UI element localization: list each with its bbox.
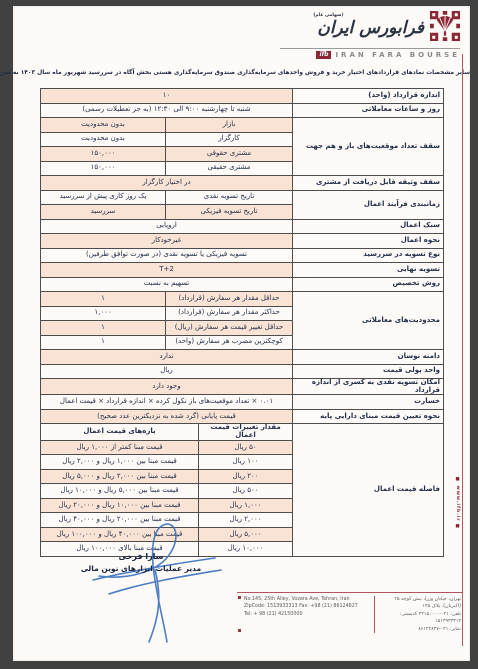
row-value: وجود دارد	[41, 379, 293, 395]
price-step-value: ۵۰۰ ریال	[199, 484, 293, 499]
sub-label: حداقل مقدار هر سفارش (قرارداد)	[166, 292, 293, 307]
row-label: تسویه نهایی	[293, 263, 444, 278]
row-label: روز و ساعات معاملاتی	[293, 103, 444, 118]
table-row: دامنه نوسانندارد	[41, 350, 444, 365]
ifb-emblem-icon	[430, 11, 460, 45]
brand-persian-name: (سهامی عام) فرابورس ایران	[317, 11, 424, 38]
subtable-header-ranges: بازه‌های قیمت اعمال	[41, 424, 199, 440]
row-value: در اختیار کارگزار	[41, 176, 293, 191]
sub-value: ۱,۰۰۰	[41, 306, 166, 321]
row-value: ندارد	[41, 350, 293, 365]
page-rule-line	[462, 54, 463, 646]
row-label: سقف وثیقه قابل دریافت از مشتری	[293, 176, 444, 191]
group-label: محدودیت‌های معاملاتی	[293, 292, 444, 350]
sub-label: تاریخ تسویه نقدی	[166, 190, 293, 205]
brand-en-row: ifb IRAN FARA BOURSE	[280, 48, 460, 59]
subtable-header-step: مقدار تغییرات قیمت اعمال	[199, 424, 293, 440]
price-step-value: ۱۰۰ ریال	[199, 455, 293, 470]
price-range-value: قیمت مبنا کمتر از ۱,۰۰۰ ریال	[41, 440, 199, 455]
table-row: محدودیت‌های معاملاتیحداقل مقدار هر سفارش…	[41, 292, 444, 307]
sub-value: ۱	[41, 292, 166, 307]
address-fa-line1: تهران، خیابان وزرا، نبش کوچه ۲۵ (اکبریان…	[379, 596, 461, 611]
sub-value: بدون محدودیت	[41, 118, 166, 133]
table-row: نحوه اعمالغیرخودکار	[41, 234, 444, 249]
table-row: فاصله قیمت اعمالمقدار تغییرات قیمت اعمال…	[41, 424, 444, 440]
table-row: امکان تسویه نقدی به کسری از اندازه قرارد…	[41, 379, 444, 395]
signature-block: سارا فرخی مدیر عملیات ابزارهای نوین مالی	[75, 552, 207, 573]
price-range-value: قیمت مبنا بین ۵,۰۰۰ ریال و ۱۰,۰۰۰ ریال	[41, 484, 199, 499]
address-fa-line2: تلفن: ۰۲۱-۴۲۱۵۰۰۰۰ کدپستی: ۱۵۱۳۹۳۳۳۱۳	[379, 611, 461, 626]
row-label: روش تخصیص	[293, 277, 444, 292]
row-value: قیمت پایانی (گرد شده به نزدیکترین عدد صح…	[41, 409, 293, 424]
sub-value: ۱۵۰,۰۰۰	[41, 147, 166, 162]
signatory-title: مدیر عملیات ابزارهای نوین مالی	[75, 564, 207, 573]
document-page: (سهامی عام) فرابورس ایران	[13, 6, 470, 661]
table-row: واحد پولی قیمتریال	[41, 364, 444, 379]
sub-label: کوچکترین مضرب هر سفارش (واحد)	[166, 335, 293, 350]
row-label: سبک اعمال	[293, 219, 444, 234]
table-row: سقف تعداد موقعیت‌های باز و هم جهتبازاربد…	[41, 118, 444, 133]
table-row: اندازه قرارداد (واحد)۱۰	[41, 89, 444, 104]
sub-label: مشتری حقوقی	[166, 147, 293, 162]
price-step-value: ۲۰۰ ریال	[199, 469, 293, 484]
table-row: سبک اعمالاروپایی	[41, 219, 444, 234]
row-label: اندازه قرارداد (واحد)	[293, 89, 444, 104]
table-row: زمانبندی فرآیند اعمالتاریخ تسویه نقدییک …	[41, 190, 444, 205]
sub-label: حداکثر مقدار هر سفارش (قرارداد)	[166, 306, 293, 321]
row-value: تسهیم به نسبت	[41, 277, 293, 292]
ifb-mark-icon: ifb	[316, 51, 331, 59]
screenshot-root: { "header": { "brand_fa": "فرابورس ایران…	[0, 0, 478, 669]
row-value: ۰.۰۱ × تعداد موقعیت‌های باز نکول کرده × …	[41, 395, 293, 410]
sub-value: ۱	[41, 321, 166, 336]
spec-table-body: اندازه قرارداد (واحد)۱۰روز و ساعات معامل…	[41, 89, 444, 557]
price-step-value: ۱,۰۰۰ ریال	[199, 498, 293, 513]
signatory-name: سارا فرخی	[75, 552, 207, 561]
address-fa-line3: نمابر: ۰۲۱-۸۶۱۲۴۸۲۷	[379, 626, 461, 633]
table-row: خسارت۰.۰۱ × تعداد موقعیت‌های باز نکول کر…	[41, 395, 444, 410]
website-vertical-text: ■ www.ifb.ir ■	[455, 458, 460, 550]
table-row: روش تخصیصتسهیم به نسبت	[41, 277, 444, 292]
price-range-value: قیمت مبنا بین ۴۰,۰۰۰ ریال و ۱۰۰,۰۰۰ ریال	[41, 527, 199, 542]
sub-value: سررسید	[41, 205, 166, 220]
sub-value: ۱۵۰,۰۰۰	[41, 161, 166, 176]
row-label: نوع تسویه در سررسید	[293, 248, 444, 263]
table-row: سقف وثیقه قابل دریافت از مشتریدر اختیار …	[41, 176, 444, 191]
intro-text: سایر مشخصات نمادهای قراردادهای اختیار خر…	[13, 70, 470, 76]
row-value: ریال	[41, 364, 293, 379]
price-range-value: قیمت مبنا بین ۱,۰۰۰ ریال و ۲,۰۰۰ ریال	[41, 455, 199, 470]
price-step-value: ۱۰,۰۰۰ ریال	[199, 542, 293, 557]
sub-value: ۱	[41, 335, 166, 350]
sub-label: مشتری حقیقی	[166, 161, 293, 176]
address-english: No.145, 25th Alley, Vozara Ave, Tehran, …	[237, 596, 370, 633]
row-label: دامنه نوسان	[293, 350, 444, 365]
price-range-value: قیمت مبنا بین ۲۰,۰۰۰ ریال و ۴۰,۰۰۰ ریال	[41, 513, 199, 528]
row-value: غیرخودکار	[41, 234, 293, 249]
table-row: نوع تسویه در سررسیدتسویه فیزیکی یا تسویه…	[41, 248, 444, 263]
price-range-value: قیمت مبنا بین ۲,۰۰۰ ریال و ۵,۰۰۰ ریال	[41, 469, 199, 484]
brand-english-name: IRAN FARA BOURSE	[335, 51, 460, 59]
brand-note: (سهامی عام)	[313, 13, 343, 18]
address-en-line2: ZipCode: 1513933313 Fax: +98 (21) 861248…	[244, 603, 370, 610]
row-label: نحوه تعیین قیمت مبنای دارایی پایه	[293, 409, 444, 424]
sub-value: بدون محدودیت	[41, 132, 166, 147]
price-step-value: ۲,۰۰۰ ریال	[199, 513, 293, 528]
row-label: خسارت	[293, 395, 444, 410]
address-persian: تهران، خیابان وزرا، نبش کوچه ۲۵ (اکبریان…	[379, 596, 463, 633]
row-value: اروپایی	[41, 219, 293, 234]
group-label: فاصله قیمت اعمال	[293, 424, 444, 556]
row-label: نحوه اعمال	[293, 234, 444, 249]
table-row: روز و ساعات معاملاتیشنبه تا چهارشنبه ۹:۰…	[41, 103, 444, 118]
price-step-value: ۵,۰۰۰ ریال	[199, 527, 293, 542]
row-label: واحد پولی قیمت	[293, 364, 444, 379]
address-block: No.145, 25th Alley, Vozara Ave, Tehran, …	[237, 592, 463, 633]
row-label: امکان تسویه نقدی به کسری از اندازه قرارد…	[293, 379, 444, 395]
row-value: شنبه تا چهارشنبه ۹:۰۰ الی ۱۲:۳۰ (به جز ت…	[41, 103, 293, 118]
table-row: تسویه نهاییT+2	[41, 263, 444, 278]
price-step-value: ۵۰ ریال	[199, 440, 293, 455]
row-value: ۱۰	[41, 89, 293, 104]
sub-label: حداقل تغییر قیمت هر سفارش (ریال)	[166, 321, 293, 336]
row-value: تسویه فیزیکی یا تسویه نقدی (در صورت تواف…	[41, 248, 293, 263]
price-range-value: قیمت مبنا بین ۱۰,۰۰۰ ریال و ۲۰,۰۰۰ ریال	[41, 498, 199, 513]
sub-value: یک روز کاری پیش از سررسید	[41, 190, 166, 205]
row-value: T+2	[41, 263, 293, 278]
address-divider	[374, 596, 375, 633]
table-row: نحوه تعیین قیمت مبنای دارایی پایهقیمت پا…	[41, 409, 444, 424]
spec-table: اندازه قرارداد (واحد)۱۰روز و ساعات معامل…	[40, 88, 444, 557]
brand-block: (سهامی عام) فرابورس ایران	[280, 11, 460, 59]
sub-label: بازار	[166, 118, 293, 133]
sub-label: کارگزار	[166, 132, 293, 147]
address-en-line3: Tel: + 98 (21) 42150000	[244, 611, 370, 618]
address-en-line1: No.145, 25th Alley, Vozara Ave, Tehran, …	[244, 596, 370, 603]
group-label: زمانبندی فرآیند اعمال	[293, 190, 444, 219]
sub-label: تاریخ تسویه فیزیکی	[166, 205, 293, 220]
group-label: سقف تعداد موقعیت‌های باز و هم جهت	[293, 118, 444, 176]
